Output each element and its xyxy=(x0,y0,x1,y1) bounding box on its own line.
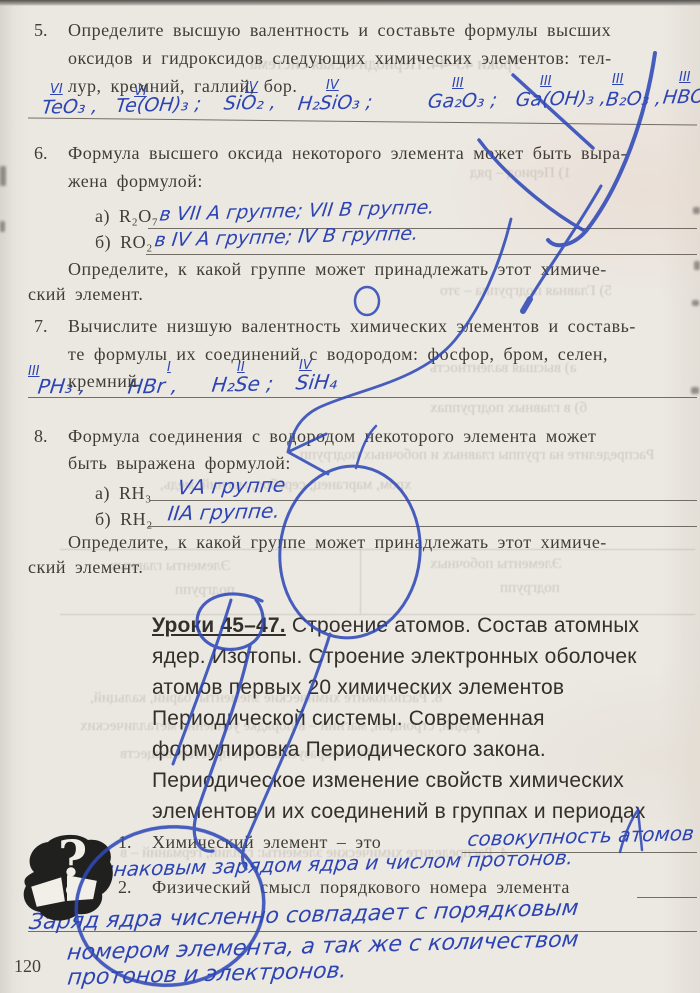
pen-circle xyxy=(355,287,379,315)
lesson-heading-line: формулировка Периодического закона. xyxy=(152,738,546,761)
answer-line xyxy=(637,897,697,898)
handwritten-answer: VА группе xyxy=(176,473,286,500)
task8-item-b: б) RH₂ xyxy=(95,509,153,530)
answer-line xyxy=(146,254,697,255)
handwritten-formula: H₂Se ; xyxy=(211,371,275,397)
answer-line xyxy=(28,117,697,125)
bleed-text: б) в главных подгруппах xyxy=(430,400,587,417)
lesson-heading-line: Периодическое изменение свойств химическ… xyxy=(152,769,624,792)
bleed-table-cell: подгрупп xyxy=(175,582,235,599)
answer-line xyxy=(148,526,697,527)
task7-line: Вычислите низшую валентность химических … xyxy=(68,316,636,337)
scan-edge-mark xyxy=(0,221,5,232)
answer-line xyxy=(28,397,697,398)
handwritten-formula: H₂SiO₃ ; xyxy=(297,91,374,115)
task7-number: 7. xyxy=(34,316,48,337)
page-number: 120 xyxy=(14,956,41,977)
task6-line: Формула высшего оксида некоторого элемен… xyxy=(68,143,627,164)
task5-number: 5. xyxy=(34,20,48,41)
lesson-heading-rest: Строение атомов. Состав атомных xyxy=(286,614,639,637)
lesson-heading-line: атомов первых 20 химических элементов xyxy=(152,676,564,699)
handwritten-valence: IV xyxy=(326,78,339,93)
task6-item-b: б) RO₂ xyxy=(95,232,153,253)
lesson-heading: Уроки 45–47. Строение атомов. Состав ато… xyxy=(152,610,652,827)
handwritten-formula: TeO₃ , xyxy=(41,95,99,118)
handwritten-formula: HBO₃ xyxy=(662,85,700,108)
scan-edge-mark xyxy=(692,300,699,306)
handwritten-valence: III xyxy=(540,74,552,89)
workbook-page: Уроки 43–44. Периодическая система 1) Пе… xyxy=(0,0,700,993)
scan-edge-mark xyxy=(691,387,699,394)
q2-text: Физический смысл порядкового номера элем… xyxy=(152,877,570,898)
task6-item-a: а) R₂O₇ xyxy=(95,206,159,227)
scan-top-edge xyxy=(0,0,700,6)
task8-line: Определите, к какой группе может принадл… xyxy=(68,532,607,553)
handwritten-formula: SiH₄ xyxy=(295,369,339,394)
handwritten-formula: Ga(OH)₃ , xyxy=(515,87,608,111)
task6-line: ский элемент. xyxy=(28,284,143,305)
lesson-heading-line: элементов и их соединений в группах и пе… xyxy=(152,800,646,823)
handwritten-answer: протонов и электронов. xyxy=(66,958,348,990)
bleed-text: 1) Период – ряд xyxy=(470,165,571,182)
task5-line: лур, кремний, галлий, бор. xyxy=(68,76,297,97)
handwritten-answer: в VII А группе; VII В группе. xyxy=(158,196,435,225)
handwritten-formula: Ga₂O₃ ; xyxy=(427,89,499,113)
bleed-table-line xyxy=(360,549,361,614)
bleed-text: 5) Главная подгруппа – это xyxy=(440,283,612,300)
handwritten-valence: III xyxy=(679,70,691,85)
bleed-table-cell: подгрупп xyxy=(500,580,560,597)
task5-line: оксидов и гидроксидов следующих химическ… xyxy=(68,48,612,69)
answer-line xyxy=(28,931,697,932)
book-question-icon: ? xyxy=(16,832,118,932)
q1-text: Химический элемент – это xyxy=(152,832,381,853)
task8-item-a: а) RH₃ xyxy=(95,483,152,504)
svg-text:?: ? xyxy=(58,832,87,888)
lesson-heading-title: Уроки 45–47. xyxy=(152,614,286,637)
task8-number: 8. xyxy=(34,426,48,447)
scan-edge-mark xyxy=(0,166,6,186)
handwritten-valence: III xyxy=(452,76,464,91)
handwritten-formula: B₂O₃ , xyxy=(605,87,663,110)
handwritten-valence: III xyxy=(612,72,624,87)
task8-line: быть выражена формулой: xyxy=(68,453,291,474)
scan-edge-mark xyxy=(693,207,700,214)
task7-line: кремний xyxy=(68,371,138,392)
task8-line: Формула соединения с водородом некоторог… xyxy=(68,426,596,447)
pen-stroke xyxy=(523,299,530,311)
bleed-text: Распределите на группы главных и побочны… xyxy=(300,447,654,464)
task7-line: те формулы их соединений с водородом: фо… xyxy=(68,344,608,365)
lesson-heading-line: ядер. Изотопы. Строение электронных обол… xyxy=(152,645,637,668)
task6-line: Определите, к какой группе может принадл… xyxy=(68,259,607,280)
task6-number: 6. xyxy=(34,143,48,164)
q2-number: 2. xyxy=(118,877,132,898)
task5-line: Определите высшую валентность и составьт… xyxy=(68,20,611,41)
lesson-heading-line: Периодической системы. Современная xyxy=(152,707,545,730)
task6-line: жена формулой: xyxy=(68,171,203,192)
handwritten-answer: в IV А группе; IV В группе. xyxy=(153,223,419,252)
task8-line: ский элемент. xyxy=(28,557,143,578)
handwritten-answer: IIА группе. xyxy=(166,499,281,526)
q1-number: 1. xyxy=(118,832,132,853)
scan-edge-mark xyxy=(694,261,700,270)
handwritten-valence: VI xyxy=(50,82,63,97)
pen-stroke xyxy=(513,75,593,148)
bleed-table-cell: Элементы побочных xyxy=(430,556,562,573)
